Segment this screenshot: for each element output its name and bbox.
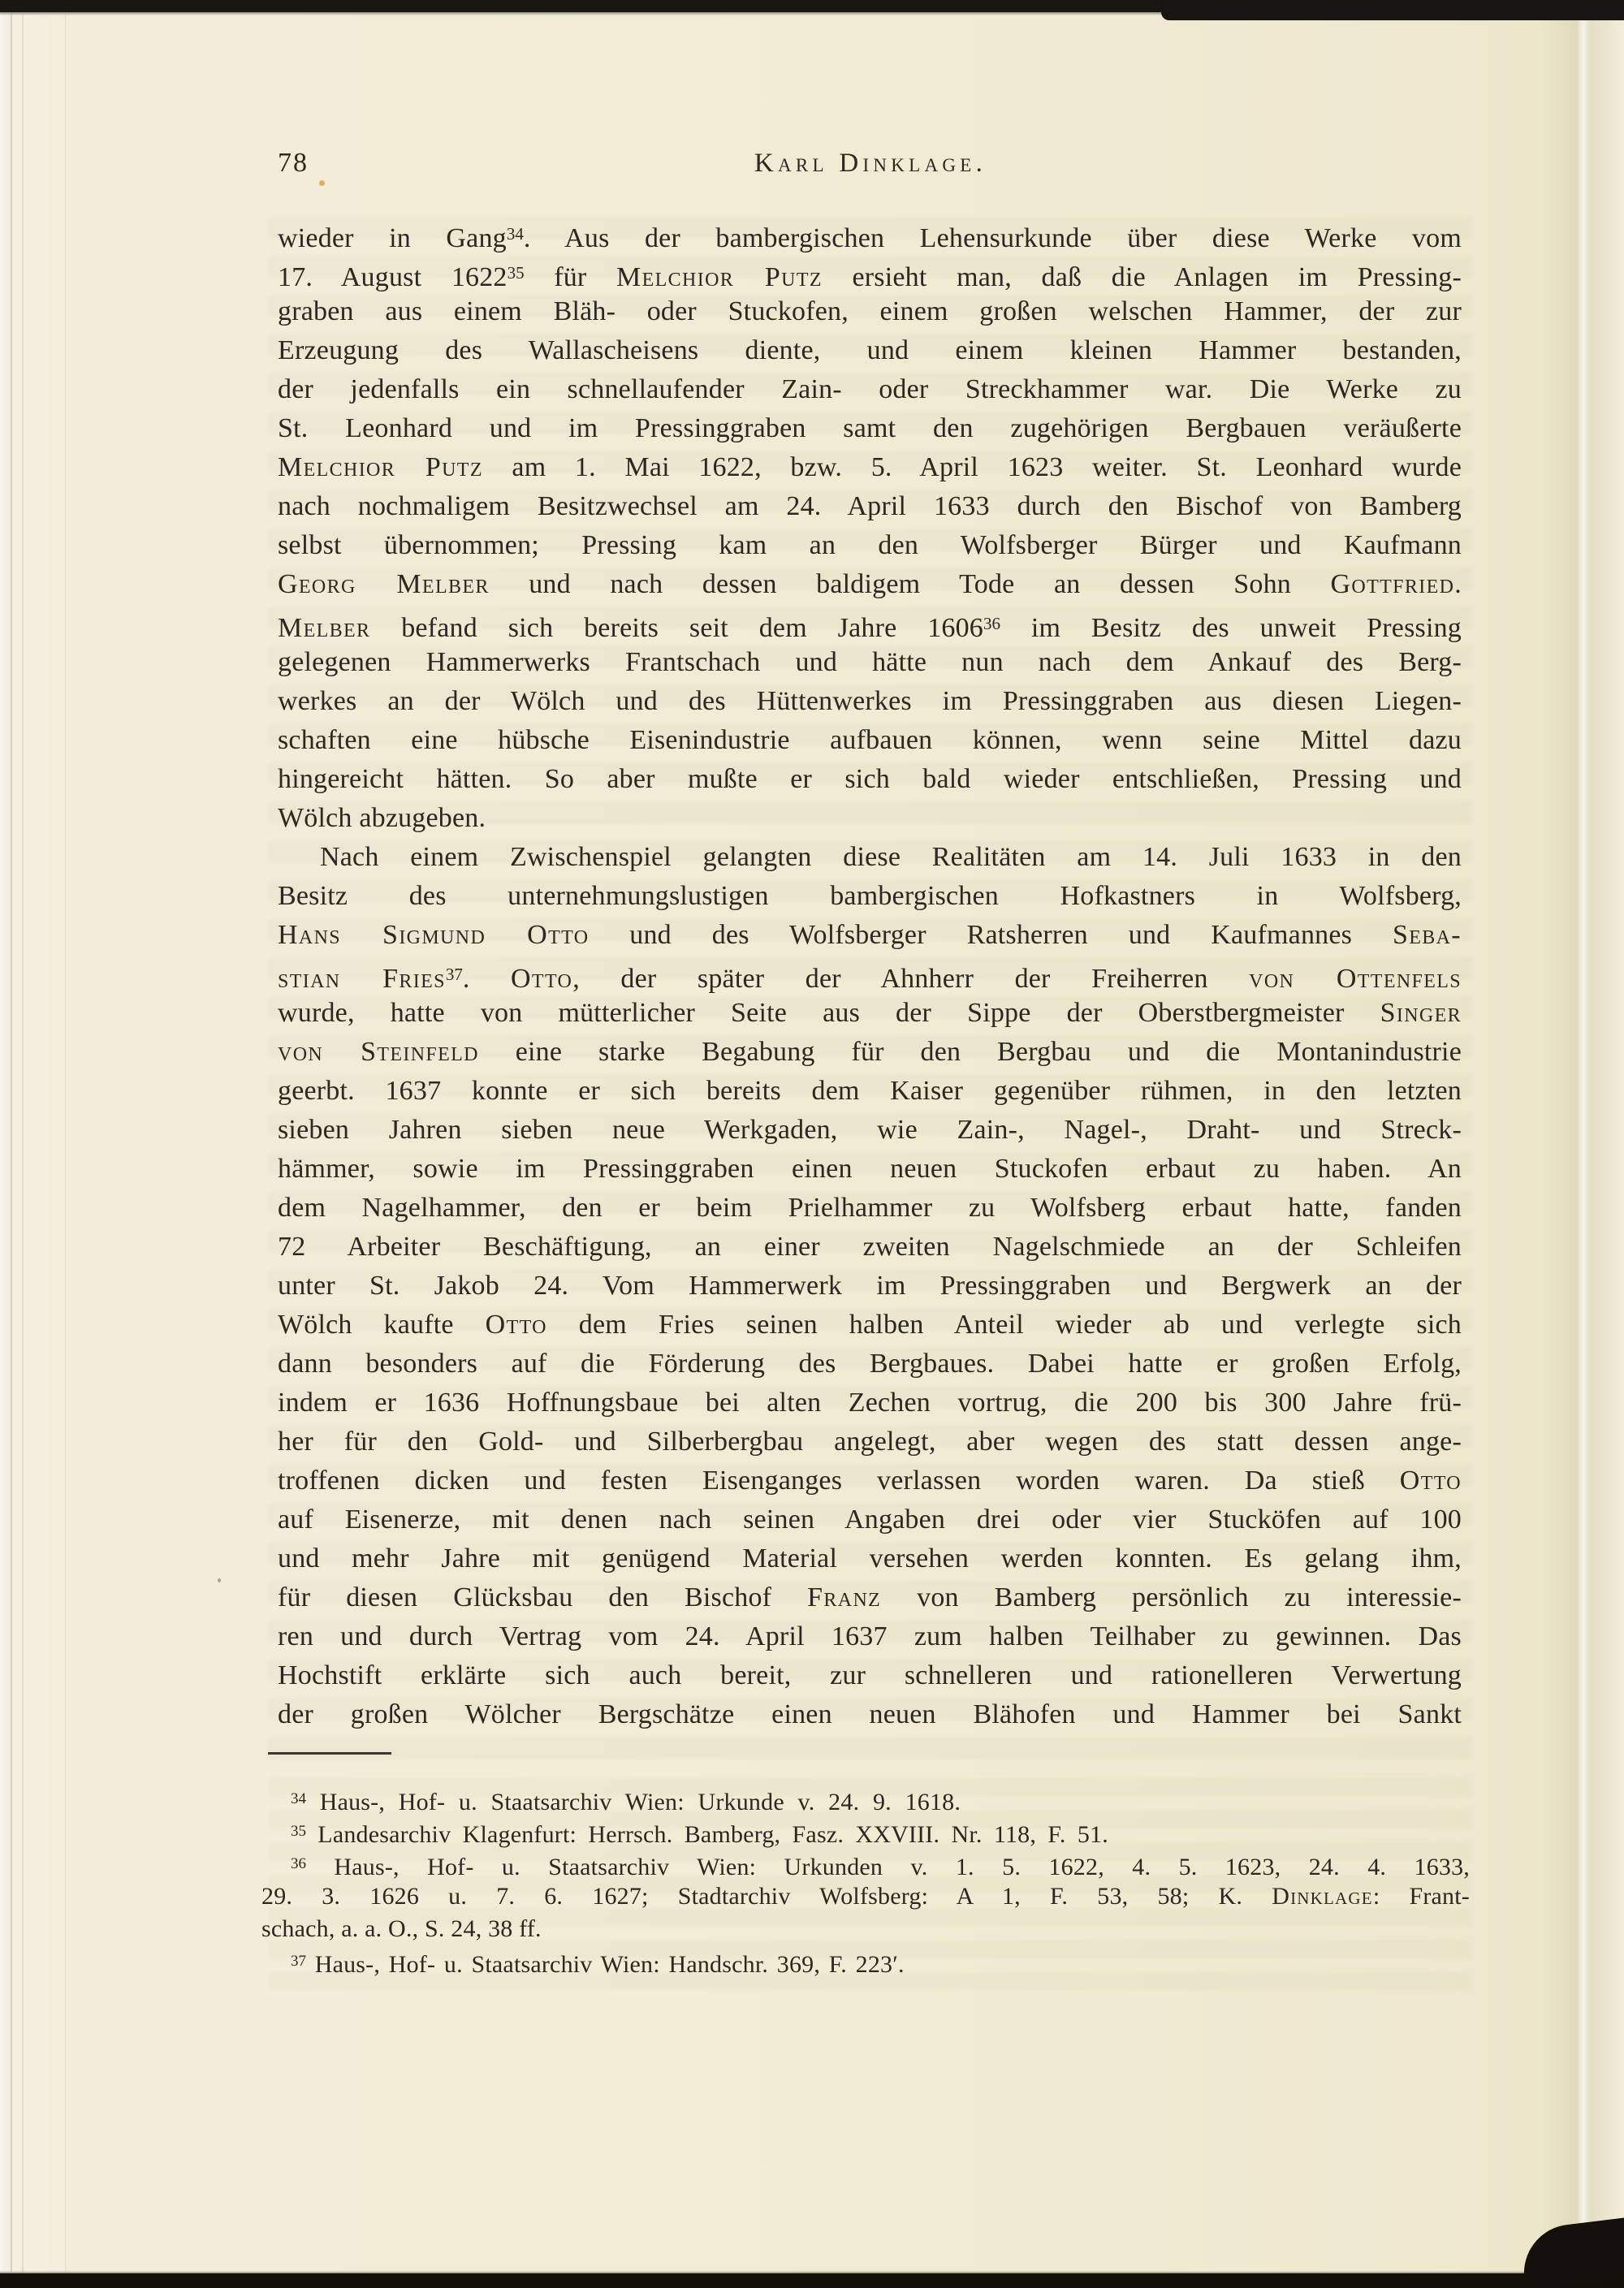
running-title: Karl Dinklage. <box>424 146 1317 180</box>
text-segment: schaften eine hübsche Eisenindustrie auf… <box>278 725 1462 755</box>
text-segment: 72 Arbeiter Beschäftigung, an einer zwei… <box>278 1232 1462 1262</box>
text-segment: im Besitz des unweit Pressing <box>1000 613 1462 643</box>
text-segment: selbst übernommen; Pressing kam an den W… <box>278 530 1462 560</box>
text-segment: Nach einem Zwischenspiel gelangten diese… <box>320 842 1462 872</box>
body-text: wieder in Gang34. Aus der bambergischen … <box>278 214 1462 1734</box>
text-segment: der jedenfalls ein schnellaufender Zain-… <box>278 374 1462 404</box>
body-line: Wölch abzugeben. <box>278 799 1462 838</box>
smallcaps-name: Dinklage <box>1272 1883 1373 1910</box>
footnote-separator-rule <box>268 1752 391 1755</box>
text-segment: Haus-, Hof- u. Staatsarchiv Wien: Urkund… <box>306 1789 961 1815</box>
footnote-ref: 36 <box>983 614 1000 633</box>
text-segment: her für den Gold- und Silberbergbau ange… <box>278 1427 1462 1457</box>
text-segment: der großen Wölcher Bergschätze einen neu… <box>278 1699 1462 1729</box>
text-segment: auf Eisenerze, mit denen nach seinen Ang… <box>278 1504 1462 1535</box>
paper-speck <box>218 1578 221 1582</box>
text-segment: 29. 3. 1626 u. 7. 6. 1627; Stadtarchiv W… <box>261 1883 1272 1910</box>
body-line: Erzeugung des Wallascheisens diente, und… <box>278 331 1462 370</box>
text-segment: Haus-, Hof- u. Staatsarchiv Wien: Urkund… <box>306 1854 1470 1880</box>
text-segment: schach, a. a. O., S. 24, 38 ff. <box>261 1915 542 1942</box>
body-line: hämmer, sowie im Pressinggraben einen ne… <box>278 1150 1462 1189</box>
text-segment: von Bamberg persönlich zu interessie- <box>881 1582 1462 1612</box>
binding-crease <box>65 11 67 2275</box>
footnote-ref: 35 <box>291 1823 306 1840</box>
body-line: selbst übernommen; Pressing kam an den W… <box>278 526 1462 565</box>
smallcaps-name: Hans Sigmund Otto <box>278 920 589 950</box>
body-line: wurde, hatte von mütterlicher Seite aus … <box>278 994 1462 1033</box>
page-fold-crease <box>1543 11 1624 2275</box>
text-segment: hingereicht hätten. So aber mußte er sic… <box>278 764 1462 794</box>
text-segment: Landesarchiv Klagenfurt: Herrsch. Bamber… <box>306 1821 1108 1848</box>
body-line: stian Fries37. Otto, der später der Ahnh… <box>278 955 1462 994</box>
paper-speck <box>319 180 325 186</box>
body-line: Melchior Putz am 1. Mai 1622, bzw. 5. Ap… <box>278 448 1462 487</box>
footnote-ref: 35 <box>508 263 525 283</box>
body-line: und mehr Jahre mit genügend Material ver… <box>278 1539 1462 1578</box>
book-page-scan: 78 Karl Dinklage. wieder in Gang34. Aus … <box>0 0 1624 2288</box>
footnote-line: 35 Landesarchiv Klagenfurt: Herrsch. Bam… <box>261 1815 1470 1848</box>
text-segment: Besitz des unternehmungslustigen bamberg… <box>278 881 1462 911</box>
body-line: gelegenen Hammerwerks Frantschach und hä… <box>278 643 1462 682</box>
smallcaps-name: Franz <box>807 1582 881 1612</box>
text-segment: . <box>1454 569 1462 599</box>
text-segment: dem Nagelhammer, den er beim Prielhammer… <box>278 1193 1462 1223</box>
text-segment: 17. August 1622 <box>278 262 508 292</box>
smallcaps-name: von Ottenfels <box>1249 964 1462 994</box>
text-segment: und mehr Jahre mit genügend Material ver… <box>278 1543 1462 1574</box>
body-line: 17. August 162235 für Melchior Putz ersi… <box>278 253 1462 292</box>
text-segment: eine starke Begabung für den Bergbau und… <box>479 1037 1462 1067</box>
page-edge-line <box>22 11 24 2275</box>
text-segment: nach nochmaligem Besitzwechsel am 24. Ap… <box>278 491 1462 521</box>
body-line: dem Nagelhammer, den er beim Prielhammer… <box>278 1189 1462 1228</box>
scan-left-edge <box>0 11 11 2275</box>
text-segment: und nach dessen baldigem Tode an dessen … <box>490 569 1331 599</box>
smallcaps-name: Seba- <box>1393 920 1462 950</box>
body-line: unter St. Jakob 24. Vom Hammerwerk im Pr… <box>278 1267 1462 1306</box>
body-line: dann besonders auf die Förderung des Ber… <box>278 1345 1462 1384</box>
body-line: Nach einem Zwischenspiel gelangten diese… <box>278 838 1462 877</box>
smallcaps-name: Otto <box>511 964 572 994</box>
body-line: werkes an der Wölch und des Hüttenwerkes… <box>278 682 1462 721</box>
text-segment: dem Fries seinen halben Anteil wieder ab… <box>547 1310 1462 1340</box>
body-line: Besitz des unternehmungslustigen bamberg… <box>278 877 1462 916</box>
smallcaps-name: Melchior Putz <box>616 262 823 292</box>
body-line: wieder in Gang34. Aus der bambergischen … <box>278 214 1462 253</box>
footnote-line: 37 Haus-, Hof- u. Staatsarchiv Wien: Han… <box>261 1945 1470 1978</box>
text-segment: für <box>525 262 616 292</box>
text-segment: am 1. Mai 1622, bzw. 5. April 1623 weite… <box>483 452 1462 482</box>
smallcaps-name: Georg Melber <box>278 569 490 599</box>
text-segment: , der später der Ahnherr der Freiherren <box>572 964 1249 994</box>
body-line: von Steinfeld eine starke Begabung für d… <box>278 1033 1462 1072</box>
text-segment: Wölch abzugeben. <box>278 803 486 833</box>
body-line: 72 Arbeiter Beschäftigung, an einer zwei… <box>278 1228 1462 1267</box>
footnote-ref: 36 <box>291 1855 306 1872</box>
smallcaps-name: Melchior Putz <box>278 452 483 482</box>
body-line: auf Eisenerze, mit denen nach seinen Ang… <box>278 1500 1462 1539</box>
body-line: der großen Wölcher Bergschätze einen neu… <box>278 1695 1462 1734</box>
footnote-line: 34 Haus-, Hof- u. Staatsarchiv Wien: Urk… <box>261 1783 1470 1815</box>
text-segment: Hochstift erklärte sich auch bereit, zur… <box>278 1660 1462 1690</box>
smallcaps-name: stian Fries <box>278 964 446 994</box>
footnote-line: 36 Haus-, Hof- u. Staatsarchiv Wien: Urk… <box>261 1848 1470 1880</box>
text-segment: gelegenen Hammerwerks Frantschach und hä… <box>278 647 1462 677</box>
text-segment: . Aus der bambergischen Lehensurkunde üb… <box>524 223 1462 253</box>
text-segment: Wölch kaufte <box>278 1310 486 1340</box>
scanner-bottom-bar-shadow <box>0 2271 1624 2273</box>
footnote-ref: 37 <box>446 965 463 984</box>
text-segment: graben aus einem Bläh- oder Stuckofen, e… <box>278 296 1462 326</box>
body-line: Georg Melber und nach dessen baldigem To… <box>278 565 1462 604</box>
body-line: St. Leonhard und im Pressinggraben samt … <box>278 409 1462 448</box>
footnote-line: 29. 3. 1626 u. 7. 6. 1627; Stadtarchiv W… <box>261 1880 1470 1913</box>
body-line: Hans Sigmund Otto und des Wolfsberger Ra… <box>278 916 1462 955</box>
text-segment: St. Leonhard und im Pressinggraben samt … <box>278 413 1462 443</box>
footnote-line: schach, a. a. O., S. 24, 38 ff. <box>261 1913 1470 1945</box>
body-line: ren und durch Vertrag vom 24. April 1637… <box>278 1617 1462 1656</box>
body-line: graben aus einem Bläh- oder Stuckofen, e… <box>278 292 1462 331</box>
footnotes: 34 Haus-, Hof- u. Staatsarchiv Wien: Urk… <box>261 1783 1470 1978</box>
text-segment: : Frant- <box>1373 1883 1470 1910</box>
body-line: für diesen Glücksbau den Bischof Franz v… <box>278 1578 1462 1617</box>
text-segment: werkes an der Wölch und des Hüttenwerkes… <box>278 686 1462 716</box>
body-line: geerbt. 1637 konnte er sich bereits dem … <box>278 1072 1462 1111</box>
text-segment: und des Wolfsberger Ratsherren und Kaufm… <box>589 920 1393 950</box>
text-segment: dann besonders auf die Förderung des Ber… <box>278 1349 1462 1379</box>
smallcaps-name: Gottfried <box>1331 569 1455 599</box>
body-line: nach nochmaligem Besitzwechsel am 24. Ap… <box>278 487 1462 526</box>
text-segment: ersieht man, daß die Anlagen im Pressing… <box>823 262 1462 292</box>
text-segment: hämmer, sowie im Pressinggraben einen ne… <box>278 1154 1462 1184</box>
footnote-ref: 37 <box>291 1953 306 1970</box>
smallcaps-name: Otto <box>486 1310 547 1340</box>
body-line: indem er 1636 Hoffnungsbaue bei alten Ze… <box>278 1384 1462 1422</box>
text-segment: Haus-, Hof- u. Staatsarchiv Wien: Handsc… <box>306 1951 905 1978</box>
text-segment: indem er 1636 Hoffnungsbaue bei alten Ze… <box>278 1388 1462 1418</box>
body-line: Wölch kaufte Otto dem Fries seinen halbe… <box>278 1306 1462 1345</box>
footnote-ref: 34 <box>291 1790 306 1807</box>
body-line: schaften eine hübsche Eisenindustrie auf… <box>278 721 1462 760</box>
text-segment: unter St. Jakob 24. Vom Hammerwerk im Pr… <box>278 1271 1462 1301</box>
text-segment: für diesen Glücksbau den Bischof <box>278 1582 807 1612</box>
scanner-bottom-bar <box>0 2273 1624 2288</box>
scanner-top-bar-right <box>1161 0 1624 20</box>
body-line: hingereicht hätten. So aber mußte er sic… <box>278 760 1462 799</box>
smallcaps-name: von Steinfeld <box>278 1037 479 1067</box>
text-segment: Erzeugung des Wallascheisens diente, und… <box>278 335 1462 365</box>
body-line: der jedenfalls ein schnellaufender Zain-… <box>278 370 1462 409</box>
text-segment: befand sich bereits seit dem Jahre 1606 <box>370 613 983 643</box>
text-segment: sieben Jahren sieben neue Werkgaden, wie… <box>278 1115 1462 1145</box>
smallcaps-name: Otto <box>1400 1466 1462 1496</box>
body-line: her für den Gold- und Silberbergbau ange… <box>278 1422 1462 1461</box>
page-edge-line <box>11 11 12 2275</box>
body-line: Hochstift erklärte sich auch bereit, zur… <box>278 1656 1462 1695</box>
text-segment: troffenen dicken und festen Eisenganges … <box>278 1466 1400 1496</box>
text-segment: geerbt. 1637 konnte er sich bereits dem … <box>278 1076 1462 1106</box>
text-segment: wieder in Gang <box>278 223 507 253</box>
smallcaps-name: Melber <box>278 613 370 643</box>
text-segment: ren und durch Vertrag vom 24. April 1637… <box>278 1621 1462 1651</box>
text-segment: wurde, hatte von mütterlicher Seite aus … <box>278 998 1380 1028</box>
body-line: troffenen dicken und festen Eisenganges … <box>278 1461 1462 1500</box>
footnote-ref: 34 <box>507 224 524 244</box>
smallcaps-name: Singer <box>1380 998 1462 1028</box>
body-line: sieben Jahren sieben neue Werkgaden, wie… <box>278 1111 1462 1150</box>
page-number: 78 <box>278 146 309 180</box>
text-segment: . <box>463 964 511 994</box>
body-line: Melber befand sich bereits seit dem Jahr… <box>278 604 1462 643</box>
page-header: 78 Karl Dinklage. <box>278 146 1462 180</box>
